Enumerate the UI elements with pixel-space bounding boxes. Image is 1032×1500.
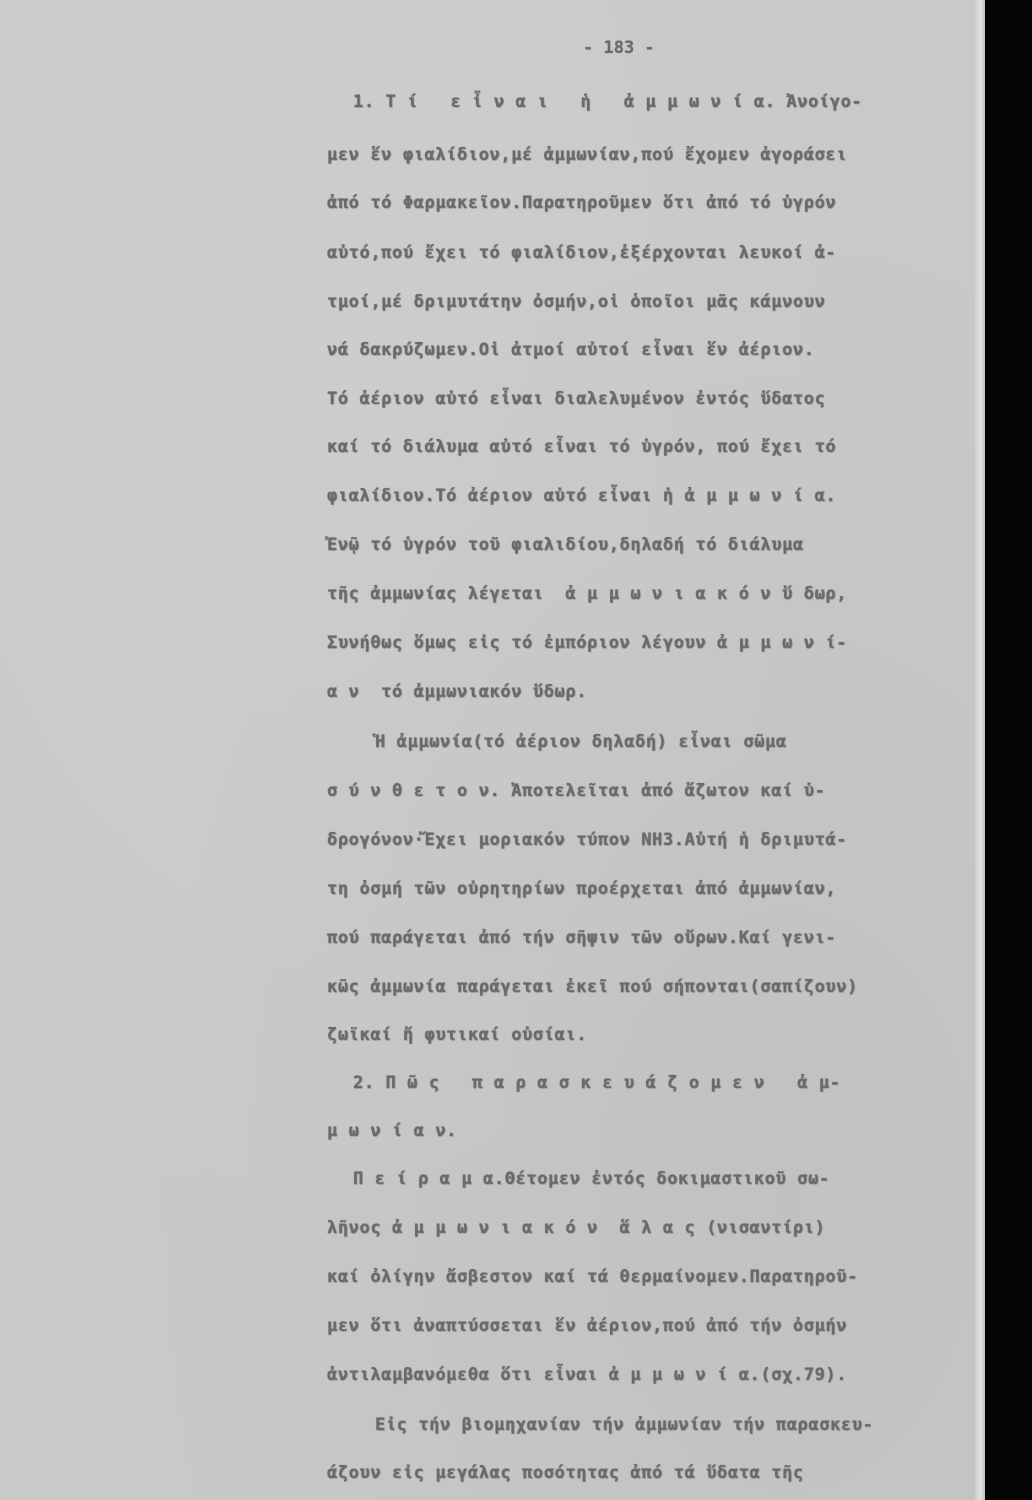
text-line-4: αὐτό,πού ἔχει τό φιαλίδιον,ἐξέρχονται λε… (327, 242, 836, 264)
text-line-23: Π ε ί ρ α μ α.Θέτομεν ἐντός δοκιμαστικοῦ… (353, 1168, 830, 1190)
text-line-11: τῆς ἀμμωνίας λέγεται ἀ μ μ ω ν ι α κ ό ν… (327, 583, 847, 605)
text-line-18: πού παράγεται ἀπό τήν σῆψιν τῶν οὔρων.Κα… (327, 927, 836, 949)
text-line-24: λῆνος ἀ μ μ ω ν ι α κ ό ν ἅ λ α ς (νισαν… (327, 1217, 825, 1239)
text-line-29: άζουν εἰς μεγάλας ποσότητας ἀπό τά ὕδατα… (327, 1462, 804, 1484)
text-line-9: φιαλίδιον.Τό ἀέριον αὐτό εἶναι ἡ ἀ μ μ ω… (327, 485, 836, 507)
text-line-20: ζωϊκαί ἤ φυτικαί οὐσίαι. (327, 1024, 587, 1046)
text-line-26: μεν ὅτι ἀναπτύσσεται ἕν ἀέριον,πού ἀπό τ… (327, 1315, 847, 1337)
text-line-7: Τό ἀέριον αὐτό εἶναι διαλελυμένον ἐντός … (327, 388, 825, 410)
text-line-10: Ἐνῷ τό ὑγρόν τοῦ φιαλιδίου,δηλαδή τό διά… (327, 534, 804, 556)
text-line-22: μ ω ν ί α ν. (327, 1120, 457, 1142)
text-line-2: μεν ἕν φιαλίδιον,μέ ἀμμωνίαν,πού ἔχομεν … (327, 144, 847, 166)
text-line-16: δρογόνον·Ἔχει μοριακόν τύπον ΝΗ3.Αὐτή ἡ … (327, 829, 847, 851)
text-line-3: ἀπό τό Φαρμακεῖον.Παρατηροῦμεν ὅτι ἀπό τ… (327, 192, 836, 214)
text-line-12: Συνήθως ὅμως εἰς τό ἐμπόριον λέγουν ἀ μ … (327, 632, 847, 654)
text-line-28: Εἰς τήν βιομηχανίαν τήν ἀμμωνίαν τήν παρ… (375, 1414, 873, 1436)
scan-background (985, 0, 1032, 1500)
text-line-13: α ν τό ἀμμωνιακόν ὕδωρ. (327, 681, 587, 703)
text-line-5: τμοί,μέ δριμυτάτην ὀσμήν,οἱ ὁποῖοι μᾶς κ… (327, 291, 825, 313)
page-edge (975, 0, 985, 1500)
text-line-15: σ ύ ν θ ε τ ο ν. Ἀποτελεῖται ἀπό ἄζωτον … (327, 780, 825, 802)
text-line-27: ἀντιλαμβανόμεθα ὅτι εἶναι ἀ μ μ ω ν ί α.… (327, 1364, 847, 1386)
text-line-25: καί ὀλίγην ἄσβεστον καί τά θερμαίνομεν.Π… (327, 1266, 858, 1288)
text-line-1: 1. Τ ί ε ἶ ν α ι ἡ ἀ μ μ ω ν ί α. Ἀνοίγο… (353, 91, 862, 113)
text-line-14: Ἡ ἀμμωνία(τό ἀέριον δηλαδή) εἶναι σῶμα (375, 731, 787, 753)
text-line-6: νά δακρύζωμεν.Οἱ ἀτμοί αὐτοί εἶναι ἕν ἀέ… (327, 339, 815, 361)
text-line-8: καί τό διάλυμα αὐτό εἶναι τό ὑγρόν, πού … (327, 436, 836, 458)
page-number: - 183 - (583, 38, 655, 58)
text-line-19: κῶς ἀμμωνία παράγεται ἐκεῖ πού σήπονται(… (327, 976, 858, 998)
text-line-17: τη ὀσμή τῶν οὐρητηρίων προέρχεται ἀπό ἀμ… (327, 878, 836, 900)
text-line-21: 2. Π ῶ ς π α ρ α σ κ ε υ ά ζ ο μ ε ν ἀ μ… (353, 1072, 841, 1094)
document-page: - 183 - 1. Τ ί ε ἶ ν α ι ἡ ἀ μ μ ω ν ί α… (0, 0, 985, 1500)
